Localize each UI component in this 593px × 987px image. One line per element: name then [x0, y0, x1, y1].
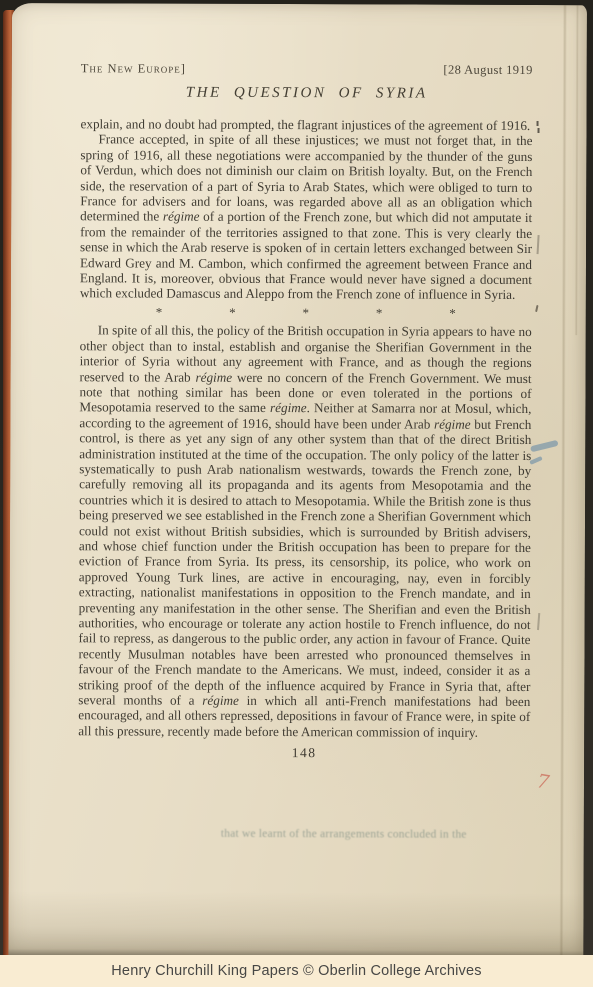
scanned-page-photo: The New Europe] [28 August 1919 THE QUES… [0, 0, 593, 955]
section-separator: * * * * * [156, 304, 456, 321]
paragraph: In spite of all this, the policy of the … [78, 323, 532, 741]
running-header: The New Europe] [28 August 1919 [81, 61, 533, 78]
asterisk: * [303, 305, 310, 320]
page-crease [559, 5, 567, 955]
article-title: THE QUESTION OF SYRIA [81, 84, 533, 103]
archive-caption-text: Henry Churchill King Papers © Oberlin Co… [111, 963, 481, 979]
asterisk: * [449, 306, 456, 321]
archive-caption: Henry Churchill King Papers © Oberlin Co… [0, 955, 593, 987]
article-body: explain, and no doubt had prompted, the … [78, 116, 532, 740]
blue-pencil-smudge [530, 440, 559, 452]
journal-name: The New Europe] [81, 61, 186, 76]
bleed-through-text: that we learnt of the arrangements concl… [221, 828, 467, 841]
paragraph: France accepted, in spite of all these i… [80, 132, 533, 303]
book-page: The New Europe] [28 August 1919 THE QUES… [8, 3, 587, 955]
ink-tick-mark [537, 121, 539, 126]
pencil-line-mark [537, 235, 540, 254]
pencil-line-mark [537, 613, 540, 630]
paragraph: explain, and no doubt had prompted, the … [81, 116, 533, 133]
page-bottom-shadow [8, 891, 583, 955]
page-number: 148 [78, 745, 530, 763]
issue-date: [28 August 1919 [443, 63, 532, 78]
asterisk: * [229, 305, 236, 320]
ink-apostrophe-mark [535, 305, 538, 312]
asterisk: * [156, 304, 163, 319]
page-crease [575, 5, 579, 335]
page-content: The New Europe] [28 August 1919 THE QUES… [78, 61, 533, 762]
red-pencil-numeral: 7 [535, 770, 550, 794]
asterisk: * [376, 305, 383, 320]
